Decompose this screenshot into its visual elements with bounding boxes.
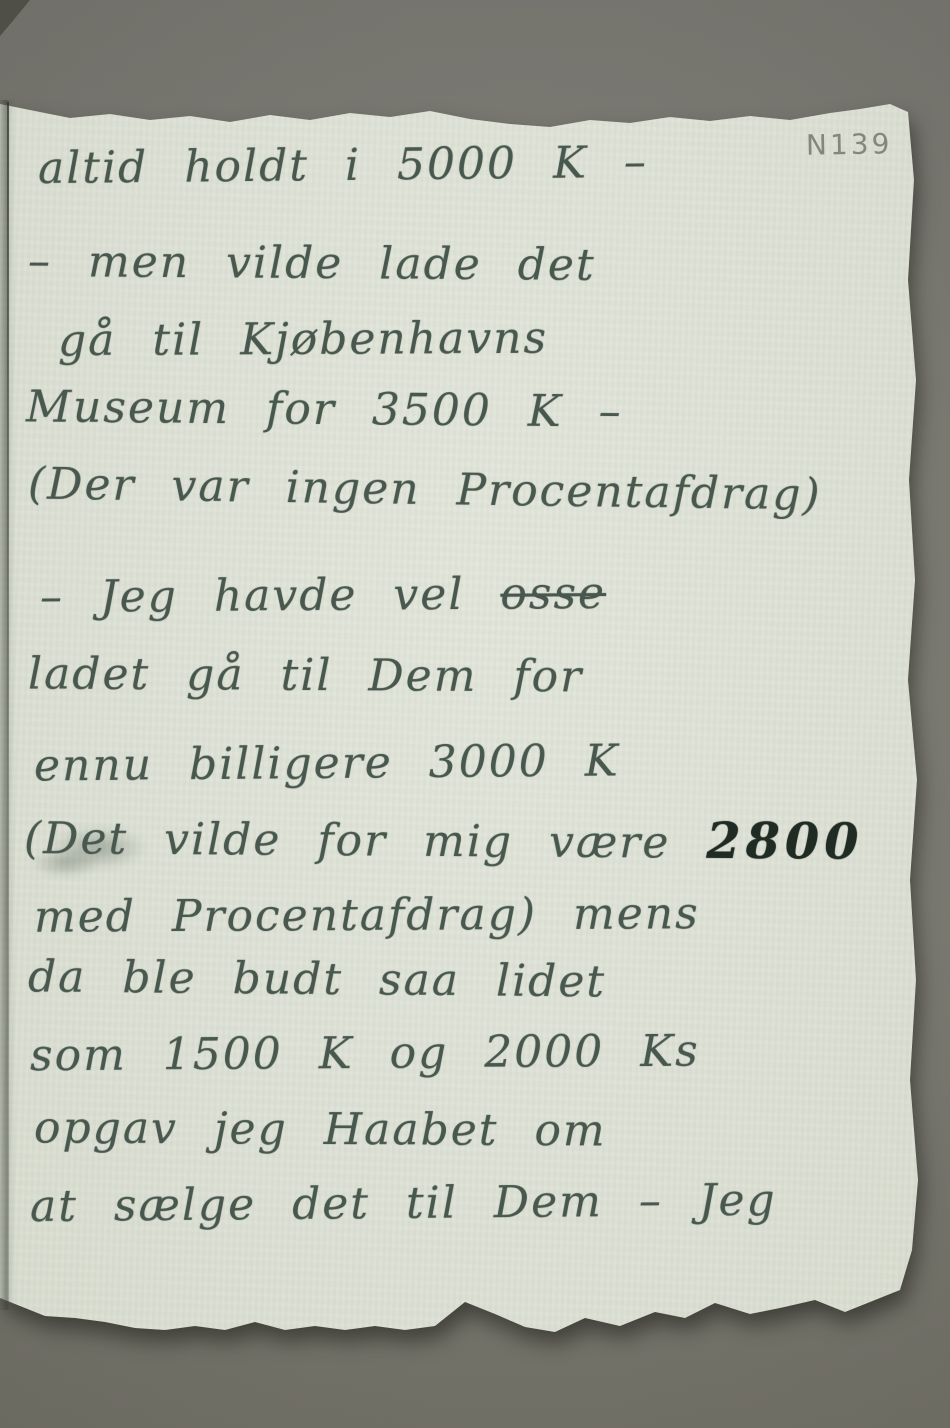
handwriting-line-7: ladet gå til Dem for: [28, 651, 583, 702]
line-text: – Jeg havde vel: [40, 569, 501, 623]
handwriting-line-3: gå til Kjøbenhavns: [58, 315, 548, 366]
handwriting-line-6: – Jeg havde vel osse: [40, 570, 606, 622]
line-text: ladet gå til Dem for: [28, 649, 583, 703]
handwriting-line-14: at sælge det til Dem – Jeg: [30, 1177, 777, 1232]
line-text: gå til Kjøbenhavns: [58, 313, 548, 367]
line-text: Museum for 3500 K –: [26, 381, 623, 437]
struck-word: osse: [500, 568, 606, 620]
line-text: som 1500 K og 2000 Ks: [30, 1026, 700, 1082]
emphasized-number: 2800: [706, 812, 864, 871]
line-text: ennu billigere 3000 K: [34, 735, 620, 791]
handwriting-line-2: – men vilde lade det: [28, 238, 596, 290]
line-text: (Det vilde for mig være: [24, 813, 707, 869]
handwriting-line-1: altid holdt i 5000 K –: [38, 139, 648, 194]
handwriting-line-5: (Der var ingen Procentafdrag): [28, 460, 822, 519]
line-text: at sælge det til Dem – Jeg: [30, 1175, 777, 1233]
handwriting-line-8: ennu billigere 3000 K: [34, 737, 620, 790]
handwriting-line-10: med Procentafdrag) mens: [34, 890, 700, 942]
page-number-label: N139: [806, 127, 893, 162]
line-text: med Procentafdrag) mens: [34, 888, 700, 942]
line-text: opgav jeg Haabet om: [34, 1103, 607, 1157]
handwriting-line-12: som 1500 K og 2000 Ks: [30, 1028, 700, 1081]
line-text: – men vilde lade det: [28, 236, 596, 291]
line-text: altid holdt i 5000 K –: [38, 137, 648, 194]
handwriting-line-11: da ble budt saa lidet: [28, 953, 606, 1006]
handwriting-line-4: Museum for 3500 K –: [26, 383, 623, 437]
handwriting-line-13: opgav jeg Haabet om: [34, 1105, 607, 1156]
binding-crease: [7, 102, 9, 1307]
handwriting-line-9: (Det vilde for mig være 2800: [24, 809, 864, 869]
line-text: da ble budt saa lidet: [28, 951, 606, 1007]
